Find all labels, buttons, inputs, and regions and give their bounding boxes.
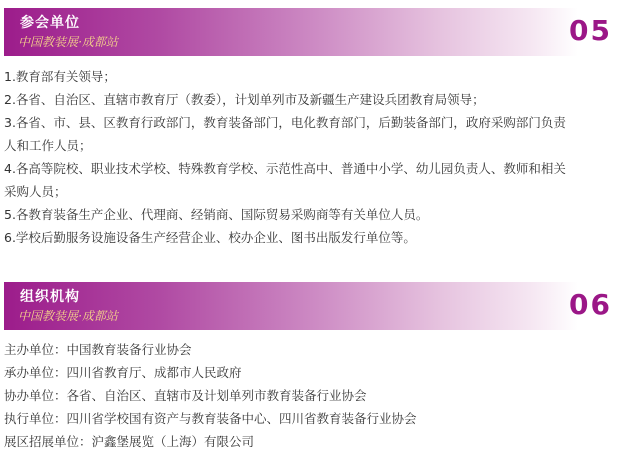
section-number: 06 bbox=[569, 288, 612, 322]
section-title: 参会单位 bbox=[20, 14, 80, 32]
participants-list: 1.教育部有关领导； 2.各省、自治区、直辖市教育厅（教委），计划单列市及新疆生… bbox=[4, 65, 624, 249]
section-title: 组织机构 bbox=[20, 288, 80, 306]
list-item: 采购人员； bbox=[4, 180, 624, 203]
list-item: 3.各省、市、县、区教育行政部门，教育装备部门，电化教育部门，后勤装备部门，政府… bbox=[4, 111, 624, 134]
section-subtitle: 中国教装展·成都站 bbox=[18, 34, 118, 50]
section-number: 05 bbox=[569, 14, 612, 48]
section-subtitle: 中国教装展·成都站 bbox=[18, 308, 118, 324]
section-banner: 组织机构 中国教装展·成都站 06 bbox=[4, 282, 628, 330]
list-item: 承办单位：四川省教育厅、成都市人民政府 bbox=[4, 361, 624, 384]
list-item: 4.各高等院校、职业技术学校、特殊教育学校、示范性高中、普通中小学、幼儿园负责人… bbox=[4, 157, 624, 180]
list-item: 执行单位：四川省学校国有资产与教育装备中心、四川省教育装备行业协会 bbox=[4, 407, 624, 430]
list-item: 展区招展单位：沪鑫堡展览（上海）有限公司 bbox=[4, 430, 624, 453]
section-banner: 参会单位 中国教装展·成都站 05 bbox=[4, 8, 628, 56]
list-item: 1.教育部有关领导； bbox=[4, 65, 624, 88]
list-item: 5.各教育装备生产企业、代理商、经销商、国际贸易采购商等有关单位人员。 bbox=[4, 203, 624, 226]
list-item: 协办单位：各省、自治区、直辖市及计划单列市教育装备行业协会 bbox=[4, 384, 624, 407]
list-item: 2.各省、自治区、直辖市教育厅（教委），计划单列市及新疆生产建设兵团教育局领导； bbox=[4, 88, 624, 111]
list-item: 主办单位：中国教育装备行业协会 bbox=[4, 338, 624, 361]
list-item: 6.学校后勤服务设施设备生产经营企业、校办企业、图书出版发行单位等。 bbox=[4, 226, 624, 249]
organizers-list: 主办单位：中国教育装备行业协会 承办单位：四川省教育厅、成都市人民政府 协办单位… bbox=[4, 338, 624, 453]
list-item: 人和工作人员； bbox=[4, 134, 624, 157]
